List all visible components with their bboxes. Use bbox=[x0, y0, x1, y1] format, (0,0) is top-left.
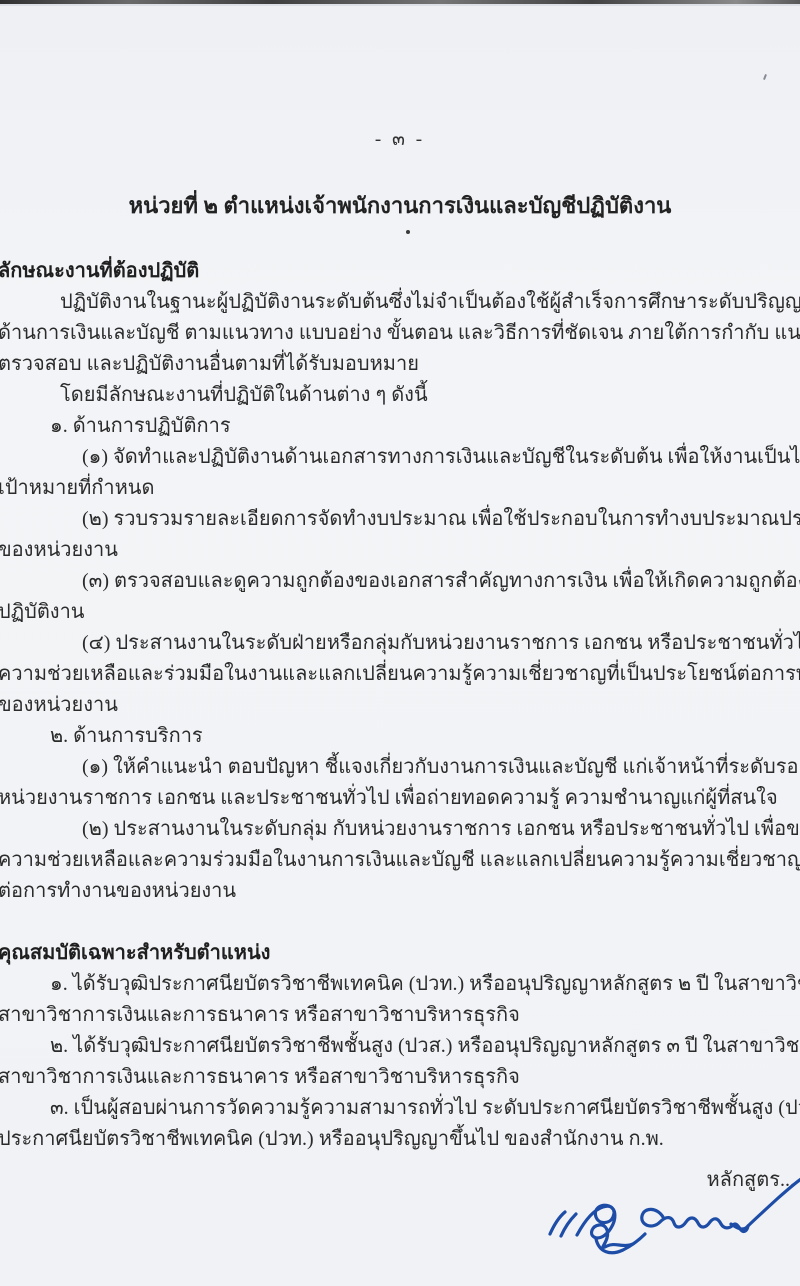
text-line: ลักษณะงานที่ต้องปฏิบัติ bbox=[0, 256, 800, 287]
text-line: ๒. ด้านการบริการ bbox=[0, 721, 800, 752]
text-line: ๑. ได้รับวุฒิประกาศนียบัตรวิชาชีพเทคนิค … bbox=[0, 969, 800, 1000]
text-line: ปฏิบัติงาน bbox=[0, 597, 800, 628]
document-body: ลักษณะงานที่ต้องปฏิบัติปฏิบัติงานในฐานะผ… bbox=[0, 256, 800, 1155]
document-title: หน่วยที่ ๒ ตำแหน่งเจ้าพนักงานการเงินและบ… bbox=[0, 188, 800, 223]
text-line: ๓. เป็นผู้สอบผ่านการวัดความรู้ความสามารถ… bbox=[0, 1093, 800, 1124]
text-line: (๓) ตรวจสอบและดูความถูกต้องของเอกสารสำคั… bbox=[0, 566, 800, 597]
handwritten-signature-icon bbox=[495, 1160, 800, 1286]
text-line: ด้านการเงินและบัญชี ตามแนวทาง แบบอย่าง ข… bbox=[0, 318, 800, 349]
text-line: (๔) ประสานงานในระดับฝ่ายหรือกลุ่มกับหน่ว… bbox=[0, 628, 800, 659]
scanned-document-page: - ๓ - หน่วยที่ ๒ ตำแหน่งเจ้าพนักงานการเง… bbox=[0, 0, 800, 1286]
text-line: (๑) จัดทำและปฏิบัติงานด้านเอกสารทางการเง… bbox=[0, 442, 800, 473]
text-line: ของหน่วยงาน bbox=[0, 690, 800, 721]
text-line: ปฏิบัติงานในฐานะผู้ปฏิบัติงานระดับต้นซึ่… bbox=[0, 287, 800, 318]
text-line bbox=[0, 907, 800, 938]
text-line: ของหน่วยงาน bbox=[0, 535, 800, 566]
page-number: - ๓ - bbox=[0, 124, 800, 154]
scan-edge-bar bbox=[0, 0, 800, 4]
scan-artifact bbox=[763, 74, 767, 80]
text-line: (๒) ประสานงานในระดับกลุ่ม กับหน่วยงานราช… bbox=[0, 814, 800, 845]
text-line: ๒. ได้รับวุฒิประกาศนียบัตรวิชาชีพชั้นสูง… bbox=[0, 1031, 800, 1062]
text-line: สาขาวิชาการเงินและการธนาคาร หรือสาขาวิชา… bbox=[0, 1062, 800, 1093]
text-line: หน่วยงานราชการ เอกชน และประชาชนทั่วไป เพ… bbox=[0, 783, 800, 814]
text-line: (๒) รวบรวมรายละเอียดการจัดทำงบประมาณ เพื… bbox=[0, 504, 800, 535]
text-line: ประกาศนียบัตรวิชาชีพเทคนิค (ปวท.) หรืออน… bbox=[0, 1124, 800, 1155]
text-line: สาขาวิชาการเงินและการธนาคาร หรือสาขาวิชา… bbox=[0, 1000, 800, 1031]
text-line: (๑) ให้คำแนะนำ ตอบปัญหา ชี้แจงเกี่ยวกับง… bbox=[0, 752, 800, 783]
text-line: คุณสมบัติเฉพาะสำหรับตำแหน่ง bbox=[0, 938, 800, 969]
text-line: ๑. ด้านการปฏิบัติการ bbox=[0, 411, 800, 442]
text-line: เป้าหมายที่กำหนด bbox=[0, 473, 800, 504]
text-line: ความช่วยเหลือและร่วมมือในงานและแลกเปลี่ย… bbox=[0, 659, 800, 690]
scan-artifact-dot bbox=[406, 230, 410, 234]
text-line: ความช่วยเหลือและความร่วมมือในงานการเงินแ… bbox=[0, 845, 800, 876]
text-line: โดยมีลักษณะงานที่ปฏิบัติในด้านต่าง ๆ ดัง… bbox=[0, 380, 800, 411]
text-line: ต่อการทำงานของหน่วยงาน bbox=[0, 876, 800, 907]
text-line: ตรวจสอบ และปฏิบัติงานอื่นตามที่ได้รับมอบ… bbox=[0, 349, 800, 380]
